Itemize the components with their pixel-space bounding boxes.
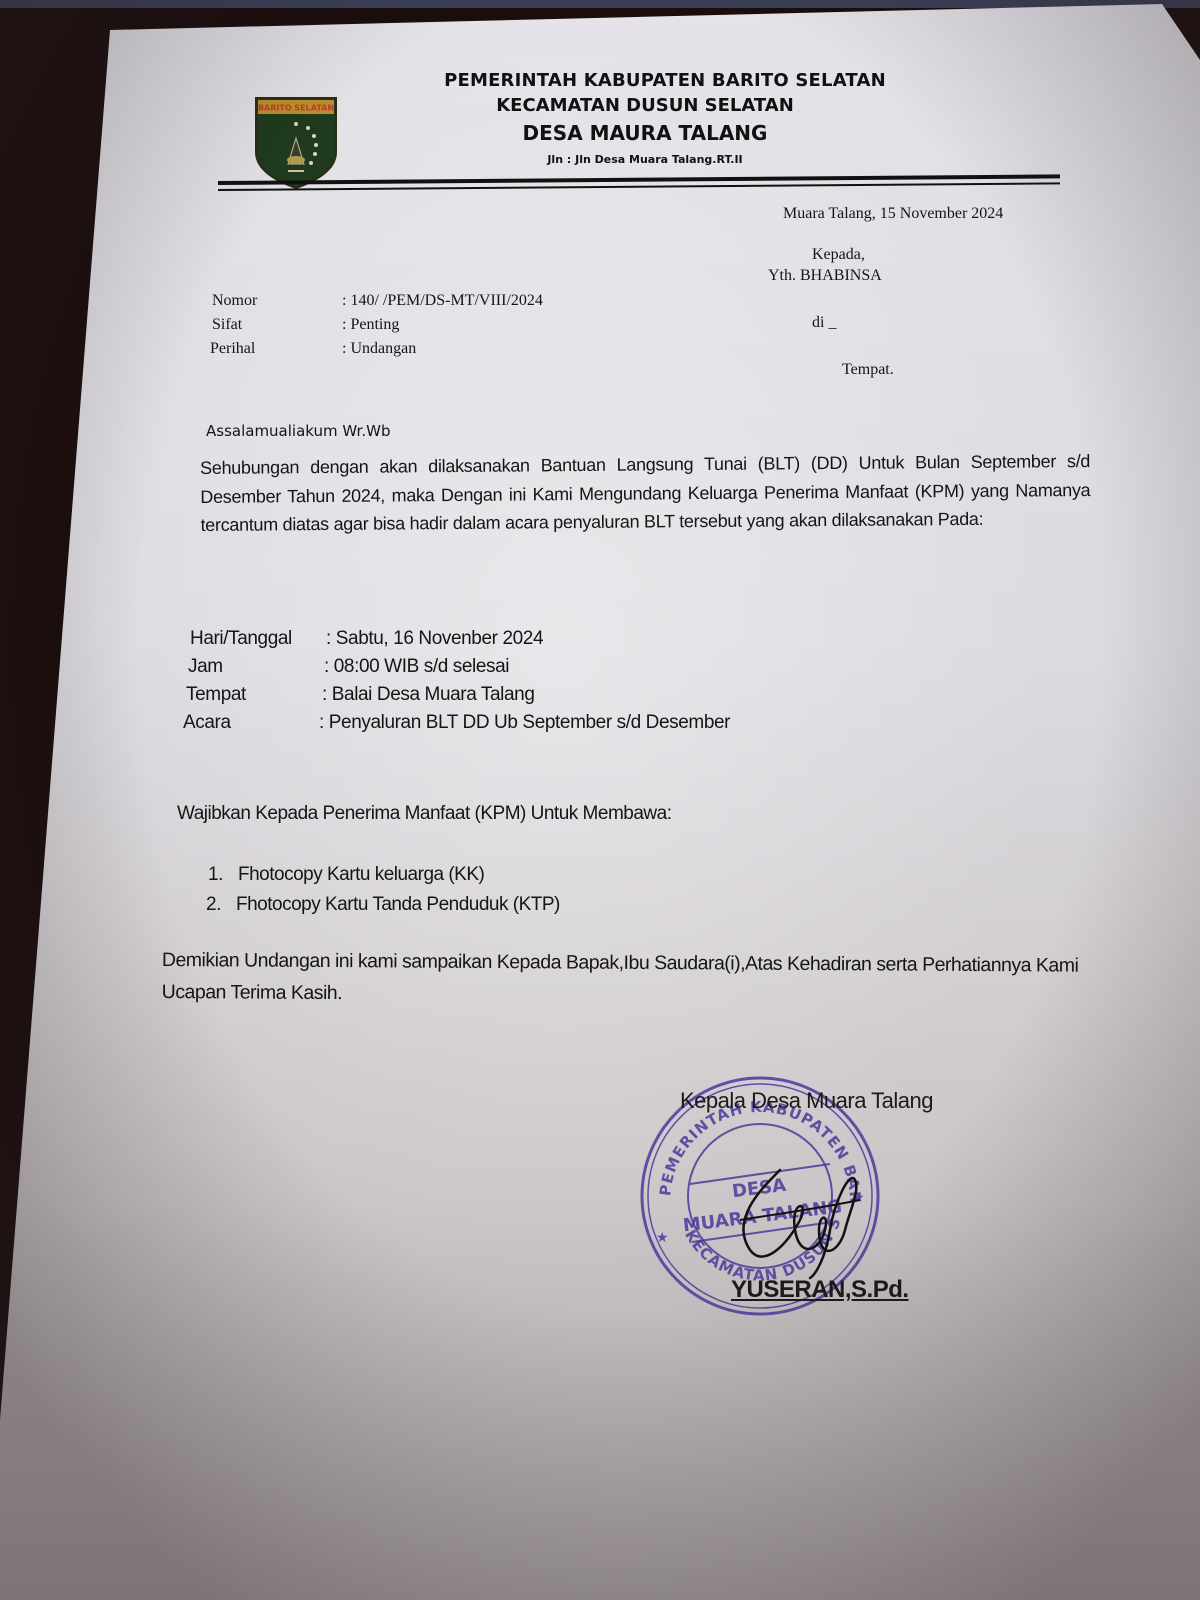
letterhead-address: Jln : Jln Desa Muara Talang.RT.II [395, 153, 895, 166]
body-paragraph: Sehubungan dengan akan dilaksanakan Bant… [200, 447, 1091, 539]
letter-date: Muara Talang, 15 November 2024 [783, 205, 1003, 223]
recipient-place: Tempat. [842, 361, 894, 379]
event-value: : Penyaluran BLT DD Ub September s/d Des… [319, 712, 730, 734]
meta-label: Nomor [212, 292, 332, 310]
meta-value: : Penting [342, 316, 399, 334]
event-value: : Balai Desa Muara Talang [322, 684, 535, 706]
requirement-number: 1. [208, 864, 223, 886]
requirement-text: Fhotocopy Kartu keluarga (KK) [238, 864, 484, 886]
closing-paragraph: Demikian Undangan ini kami sampaikan Kep… [162, 944, 1122, 1014]
letterhead-village: DESA MAURA TALANG [395, 121, 895, 145]
event-label: Hari/Tanggal [190, 628, 292, 650]
regency-emblem-icon: BARITO SELATAN [252, 94, 340, 190]
event-label: Tempat [186, 684, 246, 706]
letterhead: PEMERINTAH KABUPATEN BARITO SELATAN KECA… [395, 70, 895, 166]
requirements-intro: Wajibkan Kepada Penerima Manfaat (KPM) U… [177, 803, 671, 825]
recipient-name: Yth. BHABINSA [768, 267, 882, 285]
requirement-number: 2. [206, 894, 221, 916]
letterhead-district: KECAMATAN DUSUN SELATAN [395, 95, 895, 116]
signatory-title: Kepala Desa Muara Talang [680, 1088, 933, 1114]
requirement-text: Fhotocopy Kartu Tanda Penduduk (KTP) [236, 894, 560, 916]
letter-content: BARITO SELATAN PEMERINTAH KABUPATEN BARI… [0, 0, 1200, 1600]
emblem-banner-text: BARITO SELATAN [258, 104, 334, 113]
letterhead-government: PEMERINTAH KABUPATEN BARITO SELATAN [435, 70, 895, 91]
recipient-di: di _ [812, 314, 836, 332]
signatory-name: YUSERAN,S.Pd. [731, 1276, 909, 1304]
meta-label: Perihal [210, 340, 330, 358]
svg-text:★: ★ [656, 1230, 669, 1246]
meta-value: : 140/ /PEM/DS-MT/VIII/2024 [342, 292, 543, 310]
event-label: Jam [188, 656, 223, 678]
event-value: : 08:00 WIB s/d selesai [324, 656, 509, 678]
recipient-salutation: Kepada, [812, 246, 865, 264]
greeting: Assalamualiakum Wr.Wb [206, 422, 390, 440]
event-label: Acara [183, 712, 231, 734]
handwritten-signature-icon [720, 1160, 880, 1280]
meta-label: Sifat [212, 316, 332, 334]
meta-value: : Undangan [342, 340, 416, 358]
event-value: : Sabtu, 16 Novenber 2024 [326, 628, 543, 650]
